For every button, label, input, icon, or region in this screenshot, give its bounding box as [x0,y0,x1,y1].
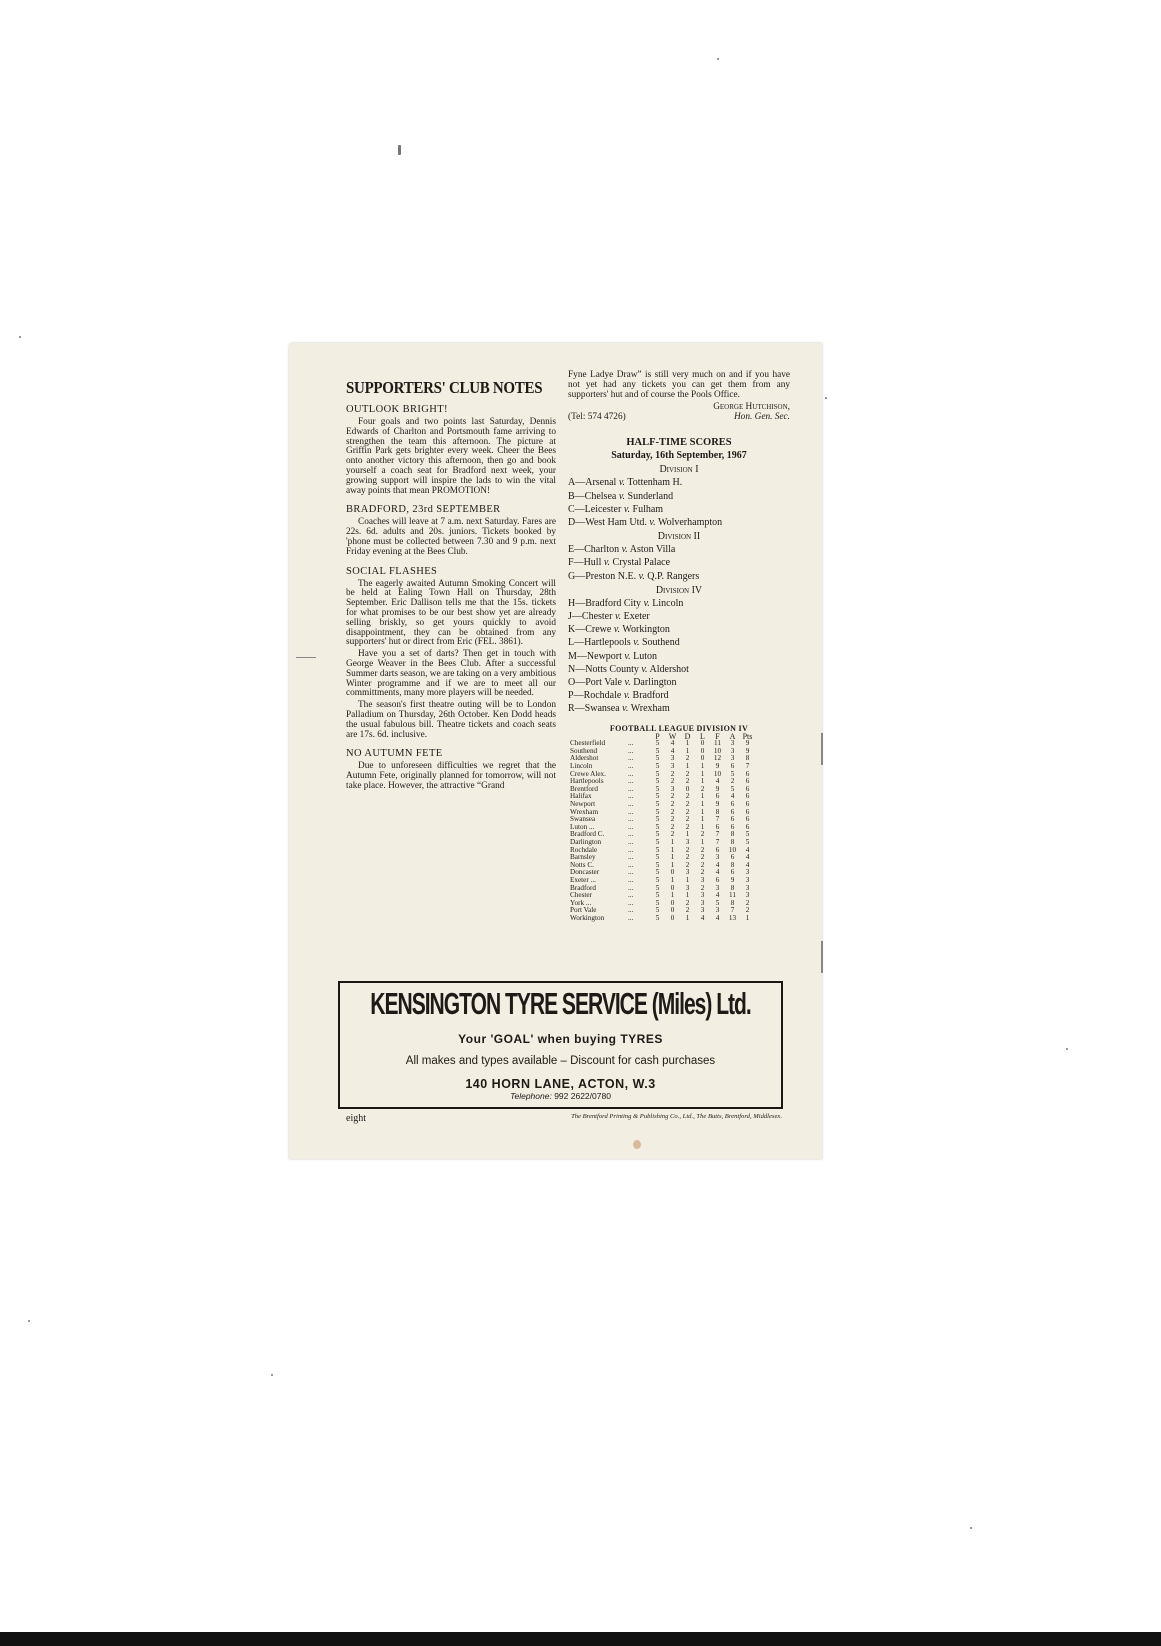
pencil-mark [296,657,316,658]
scan-speck [28,1320,30,1322]
fixture-away: Workington [622,624,670,635]
fixture-away: Southend [642,637,680,648]
fixture-row: G—Preston N.E. v. Q.P. Rangers [568,570,790,583]
versus: v. [624,651,630,662]
scan-speck [1066,1048,1068,1050]
staple-mark [821,941,823,973]
dash: — [575,491,585,502]
versus: v. [619,491,625,502]
scan-speck [271,1374,273,1376]
fixture-home: West Ham Utd. [585,517,647,528]
notes-sections: OUTLOOK BRIGHT!Four goals and two points… [346,404,556,792]
dash: — [575,504,585,515]
section-heading: NO AUTUMN FETE [346,748,556,759]
league-table-title: FOOTBALL LEAGUE DIVISION IV [568,724,790,733]
section-paragraph: The eagerly awaited Autumn Smoking Conce… [346,580,556,649]
fixture-row: E—Charlton v. Aston Villa [568,543,790,556]
versus: v. [624,690,630,701]
section-heading: SOCIAL FLASHES [346,566,556,577]
fixture-home: Chelsea [585,491,617,502]
dash: — [574,544,584,555]
fixture-home: Newport [587,651,622,662]
left-column: SUPPORTERS' CLUB NOTES OUTLOOK BRIGHT!Fo… [346,379,556,794]
dash: — [574,637,584,648]
versus: v. [641,664,647,675]
advert-line: All makes and types available – Discount… [340,1055,781,1067]
leader-dots: ... [628,915,650,923]
fixture-row: C—Leicester v. Fulham [568,503,790,516]
fixture-away: Aldershot [650,664,689,675]
table-row: Darlington...5131785 [570,839,755,847]
fixture-row: M—Newport v. Luton [568,650,790,663]
fixture-row: A—Arsenal v. Tottenham H. [568,476,790,489]
signature-role: Hon. Gen. Sec. [734,412,790,423]
versus: v. [639,571,645,582]
dash: — [574,690,584,701]
table-row: Bradford...5032383 [570,885,755,893]
fixture-home: Bradford City [585,598,641,609]
programme-page: SUPPORTERS' CLUB NOTES OUTLOOK BRIGHT!Fo… [289,343,822,1159]
versus: v. [619,477,625,488]
versus: v. [625,677,631,688]
fixture-away: Tottenham H. [627,477,682,488]
division-heading: Division IV [568,585,790,596]
division-heading: Division I [568,464,790,475]
advert-phone-number: 992 2622/0780 [554,1091,611,1101]
scan-speck [970,1527,972,1529]
fixture-away: Aston Villa [630,544,676,555]
table-row: York ......5023582 [570,900,755,908]
section-paragraph: Four goals and two points last Saturday,… [346,418,556,496]
fixture-row: R—Swansea v. Wrexham [568,702,790,715]
signature-row: (Tel: 574 4726) Hon. Gen. Sec. [568,412,790,423]
fixture-away: Sunderland [628,491,674,502]
dash: — [575,703,585,714]
stat-cell: 1 [680,915,695,923]
fixture-row: P—Rochdale v. Bradford [568,689,790,702]
versus: v. [604,557,610,568]
fixture-away: Darlington [633,677,676,688]
fixture-home: Notts County [585,664,639,675]
fixture-away: Wrexham [631,703,670,714]
table-row: Wrexham...5221866 [570,809,755,817]
advert-tagline: Your 'GOAL' when buying TYRES [340,1032,781,1046]
division-heading: Division II [568,531,790,542]
fixture-home: Hartlepools [584,637,631,648]
section-heading: BRADFORD, 23rd SEPTEMBER [346,504,556,515]
versus: v. [633,637,639,648]
right-column: Fyne Ladye Draw” is still very much on a… [568,371,790,922]
fixture-row: B—Chelsea v. Sunderland [568,490,790,503]
fixture-letter: B [568,491,575,502]
table-row: Swansea...5221766 [570,816,755,824]
fixture-home: Rochdale [584,690,622,701]
fixture-row: O—Port Vale v. Darlington [568,676,790,689]
dash: — [575,664,585,675]
dash: — [575,598,585,609]
fixture-away: Exeter [624,611,650,622]
stat-cell: 4 [710,915,725,923]
half-time-title: HALF-TIME SCORES [568,437,790,448]
signature-name: George Hutchison, [568,402,790,412]
fixture-letter: C [568,504,575,515]
versus: v. [622,544,628,555]
dash: — [575,624,585,635]
scan-edge-bar [0,1632,1161,1646]
fixture-row: H—Bradford City v. Lincoln [568,597,790,610]
fixture-letter: R [568,703,575,714]
continuation-text: Fyne Ladye Draw” is still very much on a… [568,371,790,400]
table-row: Rochdale...51226104 [570,847,755,855]
staple-mark [821,733,823,765]
table-row: Doncaster...5032463 [570,869,755,877]
table-row: Workington...50144131 [570,915,755,923]
fixture-home: Port Vale [585,677,622,688]
section-paragraph: Coaches will leave at 7 a.m. next Saturd… [346,518,556,557]
advert-company: KENSINGTON TYRE SERVICE (Miles) Ltd. [342,987,780,1022]
fixture-home: Swansea [585,703,620,714]
league-table: PWDLFAPts Chesterfield...54101139Southen… [570,733,755,923]
versus: v. [644,598,650,609]
table-row: Barnsley...5122364 [570,854,755,862]
fixture-away: Wolverhampton [658,517,722,528]
dash: — [575,517,585,528]
advert-phone-label: Telephone: [510,1091,552,1101]
scan-speck [19,336,21,338]
table-row: Chesterfield...54101139 [570,740,755,748]
table-row: Chester...51134113 [570,892,755,900]
fixture-home: Chester [582,611,613,622]
table-row: Exeter ......5113693 [570,877,755,885]
advert-address: 140 HORN LANE, ACTON, W.3 [340,1077,781,1091]
dash: — [574,557,584,568]
fixture-away: Crystal Palace [613,557,670,568]
fixture-home: Hull [584,557,602,568]
advertisement: KENSINGTON TYRE SERVICE (Miles) Ltd. You… [338,981,783,1109]
fixture-away: Lincoln [652,598,683,609]
table-row: Halifax...5221646 [570,793,755,801]
dash: — [572,611,582,622]
versus: v. [614,624,620,635]
fixture-home: Charlton [584,544,619,555]
section-paragraph: Have you a set of darts? Then get in tou… [346,650,556,699]
team-name: Workington [570,915,628,923]
section-heading: OUTLOOK BRIGHT! [346,404,556,415]
fixture-away: Luton [633,651,657,662]
half-time-divisions: Division IA—Arsenal v. Tottenham H.B—Che… [568,464,790,715]
stat-cell: 5 [650,915,665,923]
fixture-home: Preston N.E. [585,571,636,582]
versus: v. [649,517,655,528]
scan-speck [825,397,827,399]
fixture-away: Fulham [633,504,664,515]
versus: v. [615,611,621,622]
fixture-away: Bradford [633,690,669,701]
printer-credit: The Brentford Printing & Publishing Co.,… [571,1113,782,1120]
stat-cell: 1 [740,915,755,923]
scan-speck [717,58,719,60]
fixture-row: F—Hull v. Crystal Palace [568,556,790,569]
fixture-home: Crewe [585,624,611,635]
versus: v. [624,504,630,515]
fixture-row: K—Crewe v. Workington [568,623,790,636]
fixture-home: Leicester [585,504,622,515]
section-paragraph: The season's first theatre outing will b… [346,701,556,740]
signature-tel: (Tel: 574 4726) [568,412,626,423]
table-row: Aldershot...53201238 [570,755,755,763]
stat-cell: 4 [695,915,710,923]
fixture-letter: M [568,651,577,662]
stat-cell: 0 [665,915,680,923]
fixture-row: J—Chester v. Exeter [568,610,790,623]
dash: — [575,677,585,688]
fixture-row: L—Hartlepools v. Southend [568,636,790,649]
scan-speck [398,145,401,155]
half-time-date: Saturday, 16th September, 1967 [568,450,790,461]
fixture-home: Arsenal [585,477,616,488]
page-title: SUPPORTERS' CLUB NOTES [346,379,556,399]
table-row: Brentford...5302956 [570,786,755,794]
versus: v. [622,703,628,714]
dash: — [575,571,585,582]
advert-phone: Telephone: 992 2622/0780 [340,1091,781,1101]
fixture-away: Q.P. Rangers [647,571,699,582]
dash: — [577,651,587,662]
fixture-row: D—West Ham Utd. v. Wolverhampton [568,516,790,529]
dash: — [575,477,585,488]
fixture-row: N—Notts County v. Aldershot [568,663,790,676]
stat-cell: 13 [725,915,740,923]
page-number: eight [346,1113,366,1124]
section-paragraph: Due to unforeseen difficulties we regret… [346,762,556,791]
paper-stain [633,1140,641,1149]
